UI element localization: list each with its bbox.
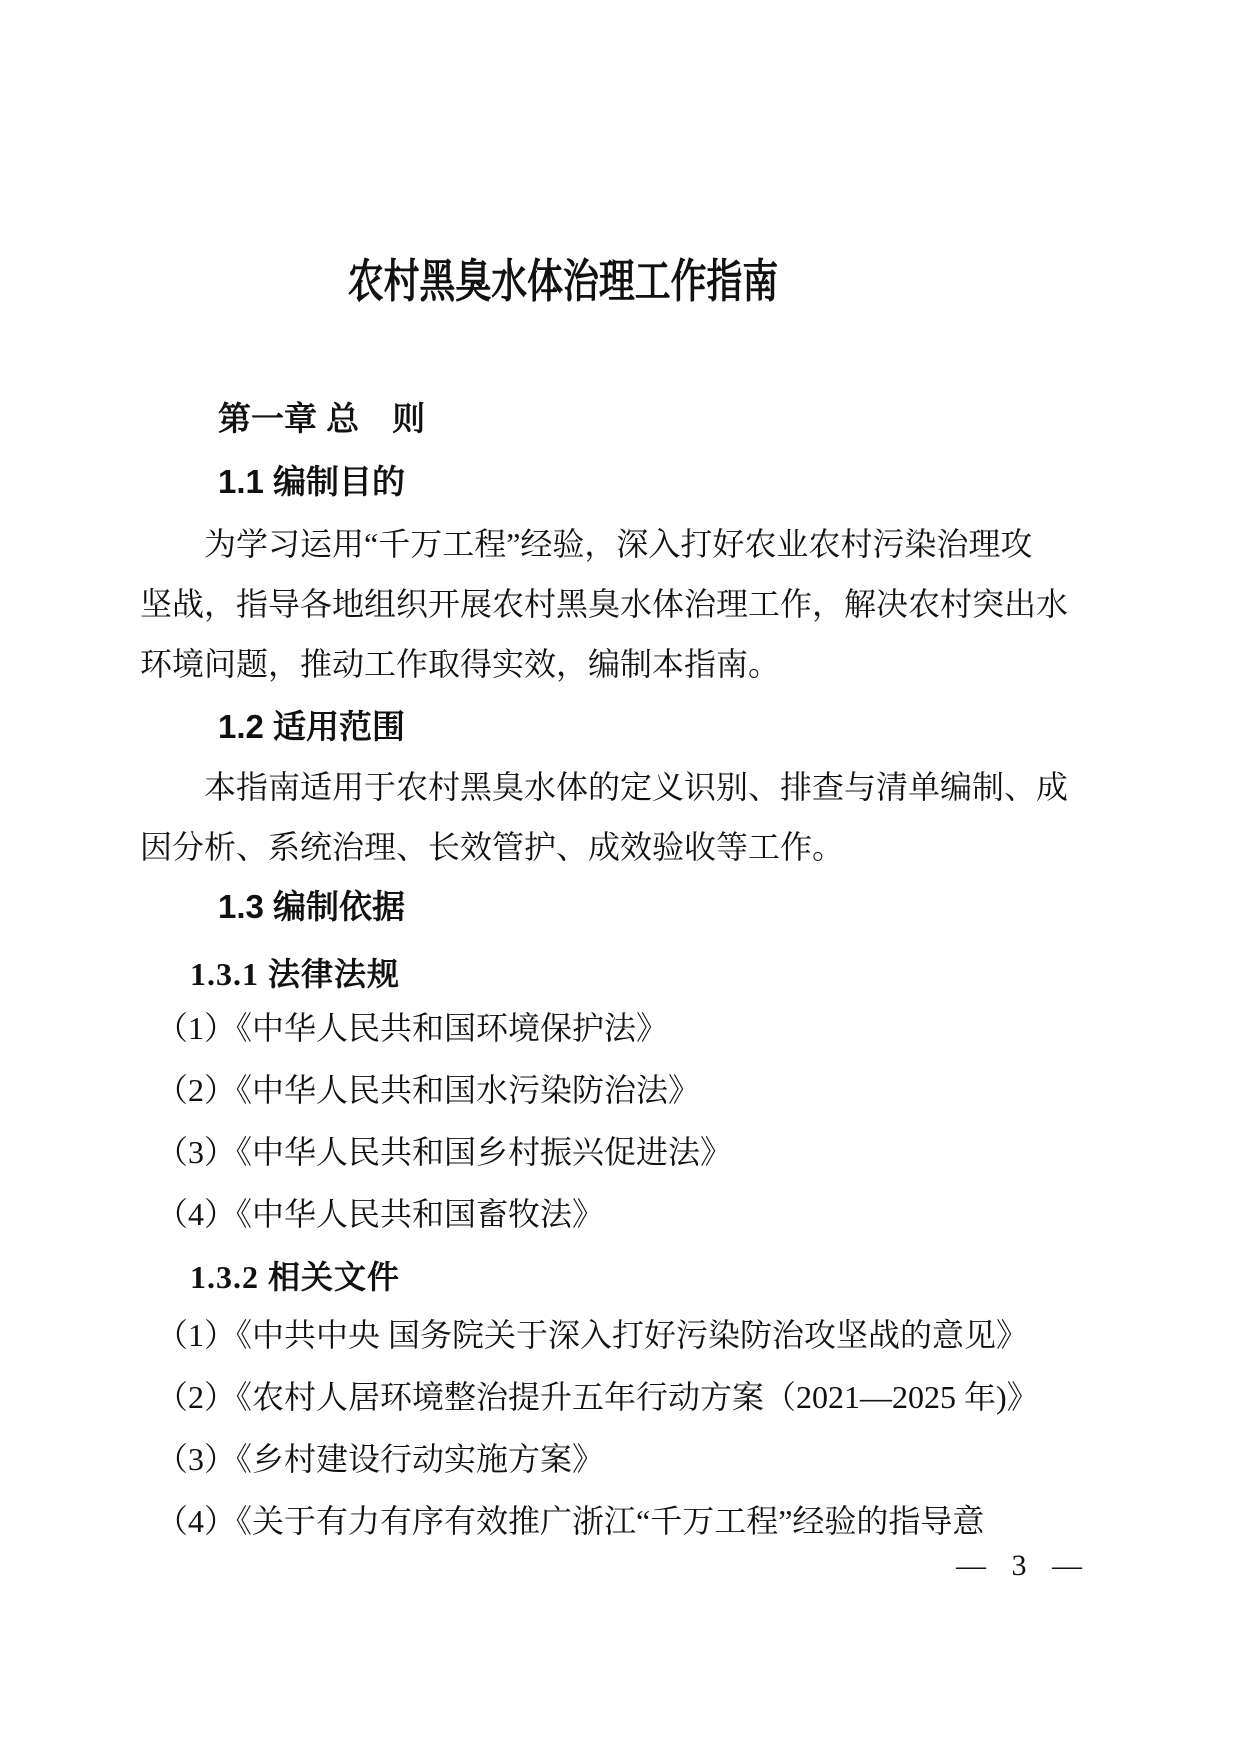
list-item: （2）《中华人民共和国水污染防治法》 bbox=[140, 1059, 1100, 1121]
list-item: （1）《中华人民共和国环境保护法》 bbox=[140, 997, 1100, 1059]
list-item: （4）《关于有力有序有效推广浙江“千万工程”经验的指导意 bbox=[140, 1490, 1100, 1552]
list-item: （1）《中共中央 国务院关于深入打好污染防治攻坚战的意见》 bbox=[140, 1304, 1100, 1366]
document-title: 农村黑臭水体治理工作指南 bbox=[140, 250, 985, 314]
subsection-heading-1-3-2: 1.3.2 相关文件 bbox=[190, 1247, 400, 1307]
list-item: （4）《中华人民共和国畜牧法》 bbox=[140, 1183, 1100, 1245]
law-reference-list: （1）《中华人民共和国环境保护法》 （2）《中华人民共和国水污染防治法》 （3）… bbox=[140, 997, 1100, 1245]
paragraph-1-2: 本指南适用于农村黑臭水体的定义识别、排查与清单编制、成 因分析、系统治理、长效管… bbox=[140, 757, 1082, 877]
page-number: — 3 — bbox=[140, 1548, 1082, 1584]
section-heading-1-2: 1.2 适用范围 bbox=[218, 697, 405, 757]
list-item: （3）《乡村建设行动实施方案》 bbox=[140, 1428, 1100, 1490]
list-item: （2）《农村人居环境整治提升五年行动方案（2021—2025 年)》 bbox=[140, 1366, 1100, 1428]
document-title-text: 农村黑臭水体治理工作指南 bbox=[347, 250, 778, 314]
list-item: （3）《中华人民共和国乡村振兴促进法》 bbox=[140, 1121, 1100, 1183]
chapter-heading: 第一章 总 则 bbox=[218, 389, 425, 449]
paragraph-1-1: 为学习运用“千万工程”经验，深入打好农业农村污染治理攻 坚战，指导各地组织开展农… bbox=[140, 514, 1082, 694]
section-heading-1-3: 1.3 编制依据 bbox=[218, 877, 405, 937]
section-heading-1-1: 1.1 编制目的 bbox=[218, 452, 405, 512]
document-page: 农村黑臭水体治理工作指南 第一章 总 则 1.1 编制目的 为学习运用“千万工程… bbox=[0, 0, 1240, 1754]
related-document-list: （1）《中共中央 国务院关于深入打好污染防治攻坚战的意见》 （2）《农村人居环境… bbox=[140, 1304, 1100, 1552]
subsection-heading-1-3-1: 1.3.1 法律法规 bbox=[190, 944, 400, 1004]
